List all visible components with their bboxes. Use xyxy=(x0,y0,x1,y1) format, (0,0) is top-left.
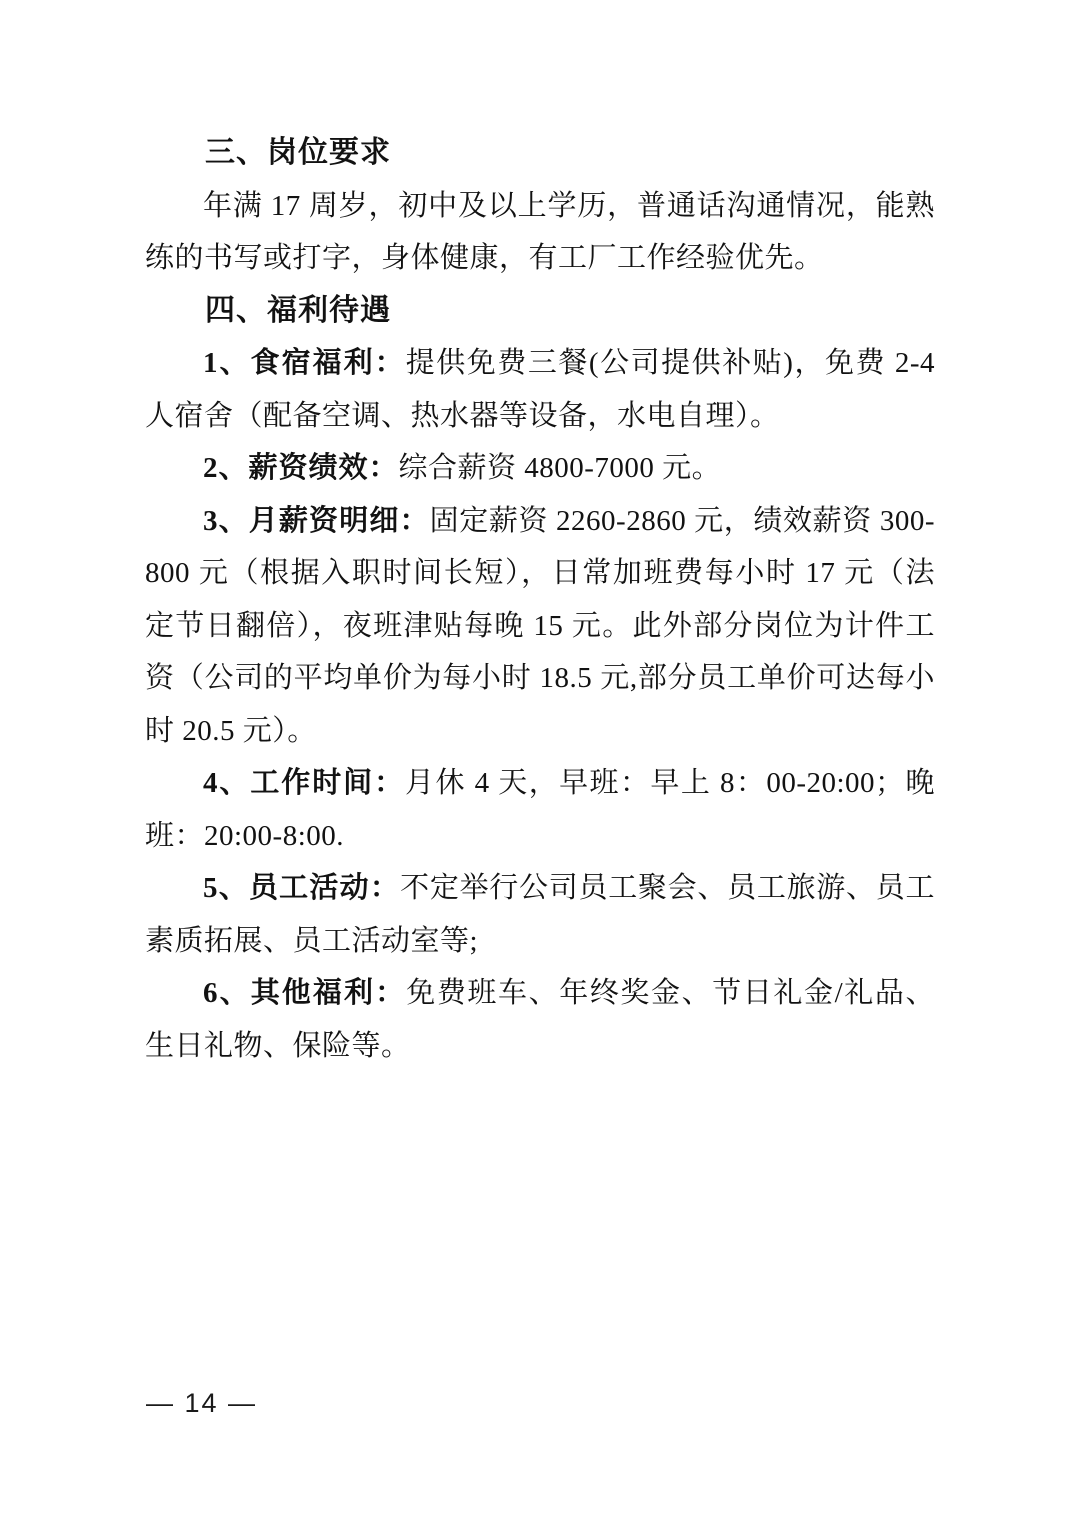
benefit-item-4: 4、工作时间：月休 4 天，早班：早上 8：00-20:00；晚班：20:00-… xyxy=(145,757,935,862)
benefit-item-5: 5、员工活动：不定举行公司员工聚会、员工旅游、员工素质拓展、员工活动室等; xyxy=(145,862,935,967)
paragraph-job-requirements: 年满 17 周岁，初中及以上学历，普通话沟通情况，能熟练的书写或打字，身体健康，… xyxy=(145,180,935,285)
benefit-item-1: 1、食宿福利：提供免费三餐(公司提供补贴)，免费 2-4 人宿舍（配备空调、热水… xyxy=(145,337,935,442)
benefit-item-1-label: 1、食宿福利： xyxy=(203,347,406,379)
page-number: — 14 — xyxy=(146,1388,257,1419)
section-heading-job-requirements: 三、岗位要求 xyxy=(145,127,935,180)
benefit-item-3-text: 固定薪资 2260-2860 元，绩效薪资 300-800 元（根据入职时间长短… xyxy=(145,505,935,747)
document-page: 三、岗位要求 年满 17 周岁，初中及以上学历，普通话沟通情况，能熟练的书写或打… xyxy=(0,0,1074,1520)
section-heading-benefits: 四、福利待遇 xyxy=(145,285,935,338)
benefit-item-2-label: 2、薪资绩效： xyxy=(203,452,399,484)
benefit-item-5-label: 5、员工活动： xyxy=(203,872,400,904)
benefit-item-3: 3、月薪资明细：固定薪资 2260-2860 元，绩效薪资 300-800 元（… xyxy=(145,495,935,758)
benefit-item-2: 2、薪资绩效：综合薪资 4800-7000 元。 xyxy=(145,442,935,495)
document-text-block: 三、岗位要求 年满 17 周岁，初中及以上学历，普通话沟通情况，能熟练的书写或打… xyxy=(145,127,935,1072)
benefit-item-3-label: 3、月薪资明细： xyxy=(203,505,430,537)
benefit-item-4-label: 4、工作时间： xyxy=(203,767,405,799)
benefit-item-6-label: 6、其他福利： xyxy=(203,977,406,1009)
benefit-item-6: 6、其他福利：免费班车、年终奖金、节日礼金/礼品、生日礼物、保险等。 xyxy=(145,967,935,1072)
benefit-item-2-text: 综合薪资 4800-7000 元。 xyxy=(399,452,722,484)
